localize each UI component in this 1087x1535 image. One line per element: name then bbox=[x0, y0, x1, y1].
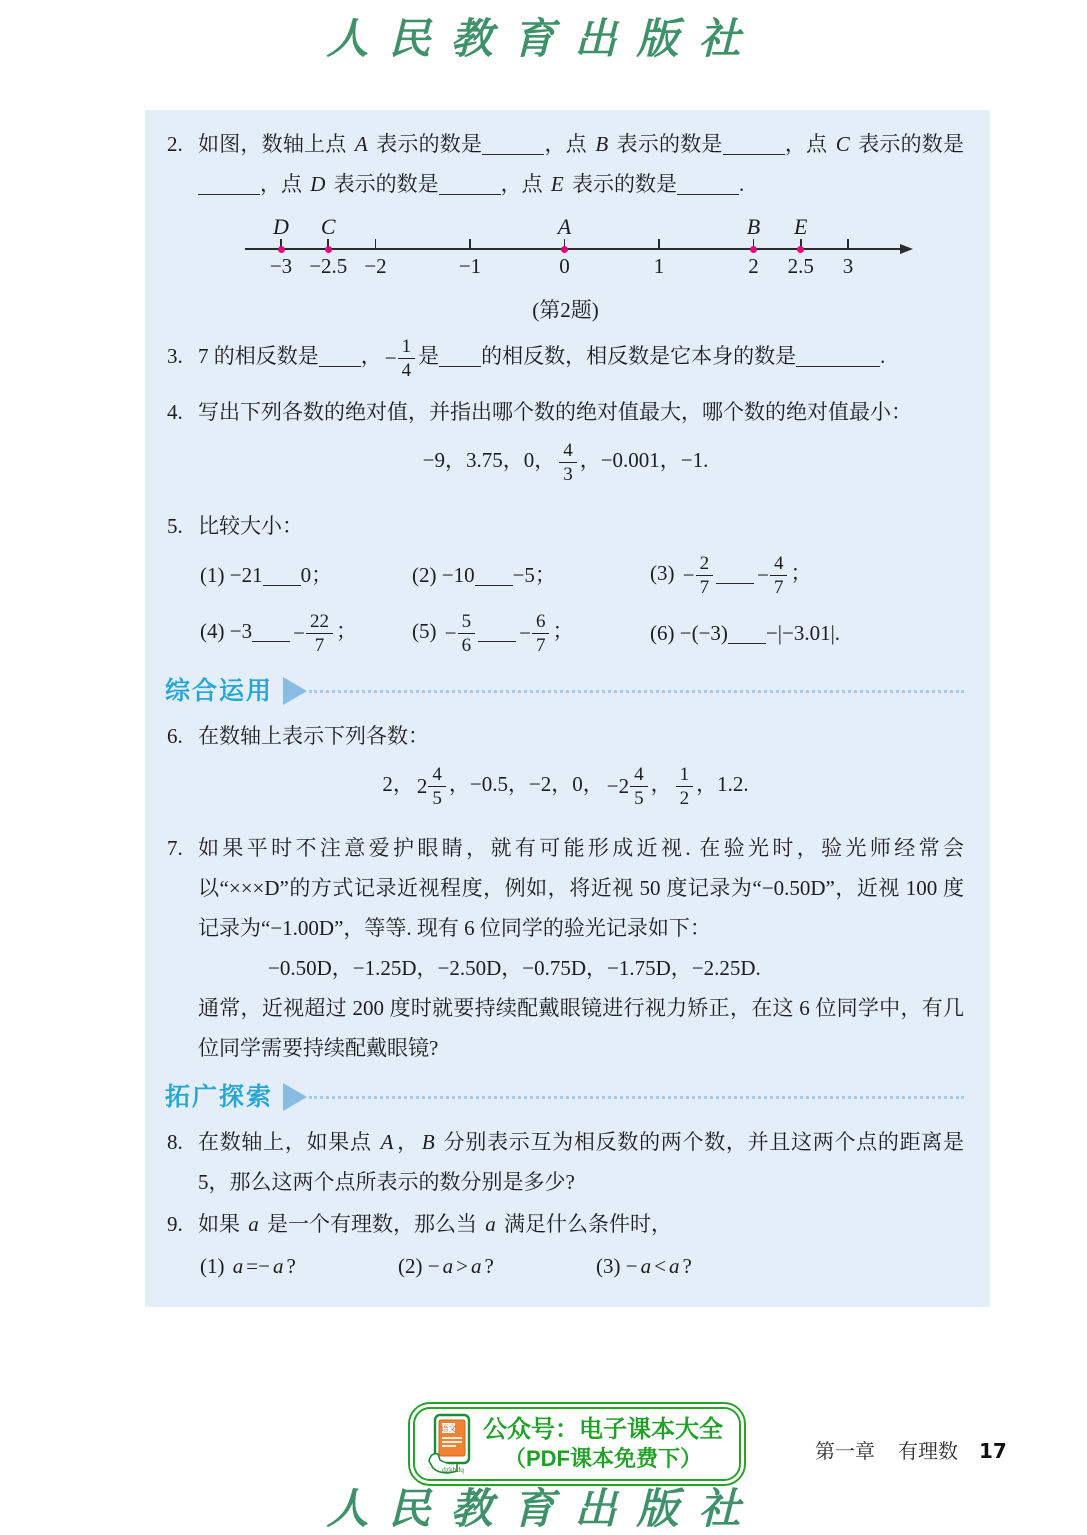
axis-tick bbox=[658, 239, 660, 248]
point-dot bbox=[561, 246, 568, 253]
badge-text: 公众号：电子课本大全 （PDF课本免费下） bbox=[483, 1415, 723, 1473]
math-variable: A bbox=[378, 1130, 397, 1154]
math-variable: A bbox=[352, 132, 371, 156]
wechat-badge: 语文 dzkbdq 公众号：电子课本大全 （PDF课本免费下） bbox=[408, 1402, 746, 1486]
answer-blank bbox=[723, 133, 785, 155]
answer-blank bbox=[677, 173, 739, 195]
question-5: 5. 比较大小： bbox=[167, 506, 964, 546]
fraction: 245 bbox=[417, 764, 446, 808]
answer-blank bbox=[439, 173, 501, 195]
point-label: B bbox=[747, 216, 760, 238]
question-6-numbers: 2，245，−0.5，−2，0，−245，12，1.2. bbox=[167, 756, 964, 826]
math-variable: a bbox=[638, 1254, 655, 1278]
question-number: 3. bbox=[167, 336, 198, 376]
fraction: −227 bbox=[293, 611, 333, 655]
question-3: 3. 7 的相反数是，−14是的相反数，相反数是它本身的数是. bbox=[167, 336, 964, 380]
axis-tick-label: 2.5 bbox=[788, 256, 814, 277]
compare-row-1: (1) −210； (2) −10−5； (3) −27−47； bbox=[200, 546, 964, 604]
number-line-canvas: −3−2.5−2−10122.53DCABE bbox=[245, 210, 935, 290]
math-variable: a bbox=[270, 1254, 287, 1278]
question-number: 6. bbox=[167, 716, 198, 756]
question-number: 4. bbox=[167, 392, 198, 432]
section-header-tuoguang: 拓广探索 bbox=[165, 1082, 964, 1112]
question-number: 8. bbox=[167, 1122, 198, 1162]
number-line-figure: −3−2.5−2−10122.53DCABE (第2题) bbox=[167, 210, 964, 326]
dotted-rule bbox=[309, 690, 964, 693]
question-text: 在数轴上表示下列各数： bbox=[198, 716, 964, 756]
question-9: 9. 如果 a 是一个有理数，那么当 a 满足什么条件时， bbox=[167, 1204, 964, 1244]
question-number: 5. bbox=[167, 506, 198, 546]
answer-blank bbox=[475, 564, 513, 586]
axis-tick bbox=[847, 239, 849, 248]
section-title: 拓广探索 bbox=[165, 1082, 273, 1112]
compare-item: (5) −56−67； bbox=[412, 611, 650, 655]
answer-blank bbox=[716, 562, 754, 584]
compare-item: (1) −210； bbox=[200, 563, 412, 588]
fraction: −27 bbox=[683, 553, 713, 597]
axis-arrow-icon bbox=[900, 244, 913, 254]
point-label: D bbox=[273, 216, 289, 238]
compare-item: (3) −27−47； bbox=[650, 553, 811, 597]
sub-question: (3) −a<a? bbox=[596, 1253, 794, 1280]
dotted-rule bbox=[309, 1096, 964, 1099]
math-variable: D bbox=[307, 172, 328, 196]
math-variable: a bbox=[666, 1254, 683, 1278]
point-label: C bbox=[321, 216, 336, 238]
compare-item: (4) −3−227； bbox=[200, 611, 412, 655]
question-text: 比较大小： bbox=[198, 506, 964, 546]
answer-blank bbox=[478, 620, 516, 642]
question-text: 7 的相反数是，−14是的相反数，相反数是它本身的数是. bbox=[198, 336, 964, 380]
sub-question: (2) −a>a? bbox=[398, 1253, 596, 1280]
triangle-icon bbox=[283, 677, 307, 705]
point-dot bbox=[750, 246, 757, 253]
axis-tick-label: −1 bbox=[459, 256, 481, 277]
axis-tick-label: −3 bbox=[270, 256, 292, 277]
point-dot bbox=[797, 246, 804, 253]
question-number: 7. bbox=[167, 828, 198, 868]
question-text: 如果 a 是一个有理数，那么当 a 满足什么条件时， bbox=[198, 1204, 964, 1244]
answer-blank bbox=[439, 345, 481, 367]
axis-tick bbox=[375, 239, 377, 248]
publisher-logo-top: 人民教育出版社 bbox=[0, 6, 1087, 66]
answer-blank bbox=[319, 345, 361, 367]
badge-line-1: 公众号：电子课本大全 bbox=[483, 1415, 723, 1445]
textbook-page: 人民教育出版社 2. 如图，数轴上点 A 表示的数是，点 B 表示的数是，点 C… bbox=[0, 0, 1087, 1535]
math-variable: a bbox=[245, 1212, 262, 1236]
math-variable: E bbox=[548, 172, 567, 196]
answer-blank bbox=[482, 133, 544, 155]
point-dot bbox=[278, 246, 285, 253]
axis-tick bbox=[469, 239, 471, 248]
question-text: 在数轴上，如果点 A，B 分别表示互为相反数的两个数，并且这两个点的距离是 5，… bbox=[198, 1122, 964, 1202]
fraction: −56 bbox=[445, 611, 475, 655]
axis-tick-label: 0 bbox=[559, 256, 570, 277]
question-7: 7. 如果平时不注意爱护眼睛，就有可能形成近视. 在验光时，验光师经常会以“××… bbox=[167, 828, 964, 1068]
question-number: 2. bbox=[167, 124, 198, 164]
answer-blank bbox=[263, 564, 301, 586]
math-variable: a bbox=[468, 1254, 485, 1278]
fraction: −67 bbox=[519, 611, 549, 655]
vision-records: −0.50D，−1.25D，−2.50D，−0.75D，−1.75D，−2.25… bbox=[198, 948, 964, 988]
compare-item: (2) −10−5； bbox=[412, 563, 650, 588]
section-title: 综合运用 bbox=[165, 676, 273, 706]
sub-question: (1) a=−a? bbox=[200, 1253, 398, 1280]
section-label: 有理数 bbox=[898, 1441, 958, 1463]
math-variable: a bbox=[482, 1212, 499, 1236]
question-4: 4. 写出下列各数的绝对值，并指出哪个数的绝对值最大，哪个数的绝对值最小： bbox=[167, 392, 964, 432]
question-number: 9. bbox=[167, 1204, 198, 1244]
axis-tick-label: 3 bbox=[843, 256, 854, 277]
fraction: 12 bbox=[675, 764, 694, 808]
math-variable: B bbox=[592, 132, 611, 156]
figure-caption: (第2题) bbox=[167, 294, 964, 326]
wechat-badge-inner: 语文 dzkbdq 公众号：电子课本大全 （PDF课本免费下） bbox=[413, 1407, 741, 1481]
answer-blank bbox=[198, 173, 260, 195]
axis-tick-label: −2.5 bbox=[309, 256, 347, 277]
answer-blank bbox=[728, 622, 766, 644]
math-variable: B bbox=[419, 1130, 438, 1154]
question-9-items: (1) a=−a? (2) −a>a? (3) −a<a? bbox=[200, 1244, 964, 1288]
triangle-icon bbox=[283, 1083, 307, 1111]
question-text: 如图，数轴上点 A 表示的数是，点 B 表示的数是，点 C 表示的数是，点 D … bbox=[198, 124, 964, 204]
answer-blank bbox=[796, 345, 880, 367]
page-footer: 第一章 有理数 17 bbox=[815, 1435, 1007, 1464]
publisher-logo-bottom: 人民教育出版社 bbox=[0, 1476, 1087, 1535]
math-variable: a bbox=[440, 1254, 457, 1278]
exercise-panel: 2. 如图，数轴上点 A 表示的数是，点 B 表示的数是，点 C 表示的数是，点… bbox=[145, 110, 990, 1307]
icon-code-label: dzkbdq bbox=[442, 1465, 464, 1474]
badge-line-2: （PDF课本免费下） bbox=[483, 1445, 723, 1473]
question-8: 8. 在数轴上，如果点 A，B 分别表示互为相反数的两个数，并且这两个点的距离是… bbox=[167, 1122, 964, 1202]
point-dot bbox=[325, 246, 332, 253]
chapter-label: 第一章 bbox=[815, 1441, 875, 1463]
question-4-numbers: −9，3.75，0，43，−0.001，−1. bbox=[167, 432, 964, 502]
axis-tick-label: 2 bbox=[748, 256, 759, 277]
point-label: E bbox=[794, 216, 807, 238]
point-label: A bbox=[558, 216, 571, 238]
section-header-zonghe: 综合运用 bbox=[165, 676, 964, 706]
compare-item: (6) −(−3)−|−3.01|. bbox=[650, 621, 840, 646]
question-text: 如果平时不注意爱护眼睛，就有可能形成近视. 在验光时，验光师经常会以“×××D”… bbox=[198, 828, 964, 1068]
axis-tick-label: −2 bbox=[364, 256, 386, 277]
fraction: −14 bbox=[385, 336, 415, 380]
math-variable: C bbox=[833, 132, 853, 156]
axis-tick-label: 1 bbox=[654, 256, 665, 277]
answer-blank bbox=[252, 620, 290, 642]
fraction: −245 bbox=[607, 764, 648, 808]
question-paragraph: 如果平时不注意爱护眼睛，就有可能形成近视. 在验光时，验光师经常会以“×××D”… bbox=[198, 828, 964, 948]
fraction: −47 bbox=[757, 553, 787, 597]
math-variable: a bbox=[230, 1254, 247, 1278]
phone-book-icon: 语文 dzkbdq bbox=[423, 1413, 477, 1475]
page-number: 17 bbox=[979, 1439, 1007, 1463]
question-6: 6. 在数轴上表示下列各数： bbox=[167, 716, 964, 756]
question-text: 写出下列各数的绝对值，并指出哪个数的绝对值最大，哪个数的绝对值最小： bbox=[198, 392, 964, 432]
compare-row-2: (4) −3−227； (5) −56−67； (6) −(−3)−|−3.01… bbox=[200, 604, 964, 662]
question-paragraph: 通常，近视超过 200 度时就要持续配戴眼镜进行视力矫正，在这 6 位同学中，有… bbox=[198, 988, 964, 1068]
question-2: 2. 如图，数轴上点 A 表示的数是，点 B 表示的数是，点 C 表示的数是，点… bbox=[167, 124, 964, 204]
fraction: 43 bbox=[558, 440, 577, 484]
icon-book-title: 语文 bbox=[441, 1423, 457, 1433]
